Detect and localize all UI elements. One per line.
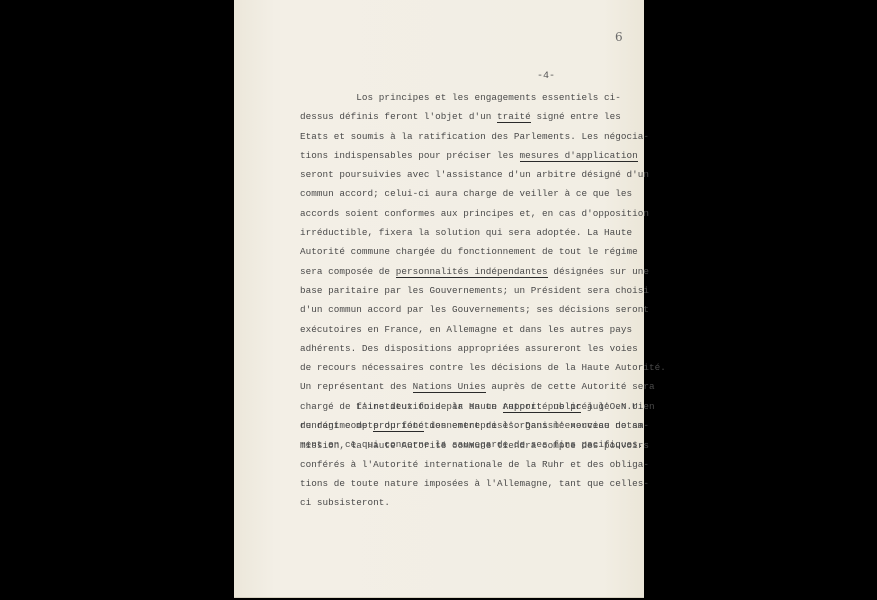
- text-line: adhérents. Des dispositions appropriées …: [300, 339, 630, 358]
- text-line: ci subsisteront.: [300, 493, 630, 512]
- text-line: sera composée de personnalités indépenda…: [300, 262, 630, 281]
- text-line: de recours nécessaires contre les décisi…: [300, 358, 630, 377]
- underlined-term: traité: [497, 111, 531, 123]
- text-line: commun accord; celui-ci aura charge de v…: [300, 184, 630, 203]
- text-line: tions de toute nature imposées à l'Allem…: [300, 474, 630, 493]
- text-line: L'institution de la Haute Autorité ne pr…: [300, 397, 630, 416]
- text-line: Autorité commune chargée du fonctionneme…: [300, 242, 630, 261]
- text-line: d'un commun accord par les Gouvernements…: [300, 300, 630, 319]
- paragraph-2: L'institution de la Haute Autorité ne pr…: [300, 397, 630, 513]
- underlined-term: Nations Unies: [413, 381, 486, 393]
- text-line: mission, la Haute Autorité commune tiend…: [300, 436, 630, 455]
- underlined-term: personnalités indépendantes: [396, 266, 548, 278]
- text-line: du régime de propriété des entreprises. …: [300, 416, 630, 435]
- text-line: dessus définis feront l'objet d'un trait…: [300, 107, 630, 126]
- text-line: conférés à l'Autorité internationale de …: [300, 455, 630, 474]
- text-line: irréductible, fixera la solution qui ser…: [300, 223, 630, 242]
- text-line: seront poursuivies avec l'assistance d'u…: [300, 165, 630, 184]
- underlined-term: mesures d'application: [520, 150, 638, 162]
- text-line: accords soient conformes aux principes e…: [300, 204, 630, 223]
- text-line: Un représentant des Nations Unies auprès…: [300, 377, 630, 396]
- text-line: base paritaire par les Gouvernements; un…: [300, 281, 630, 300]
- text-line: tions indispensables pour préciser les m…: [300, 146, 630, 165]
- text-line: exécutoires en France, en Allemagne et d…: [300, 320, 630, 339]
- text-line: Los principes et les engagements essenti…: [300, 88, 630, 107]
- text-line: Etats et soumis à la ratification des Pa…: [300, 127, 630, 146]
- folio-number: 6: [615, 30, 623, 44]
- underlined-term: propriété: [373, 420, 424, 432]
- page-number: -4-: [537, 71, 555, 82]
